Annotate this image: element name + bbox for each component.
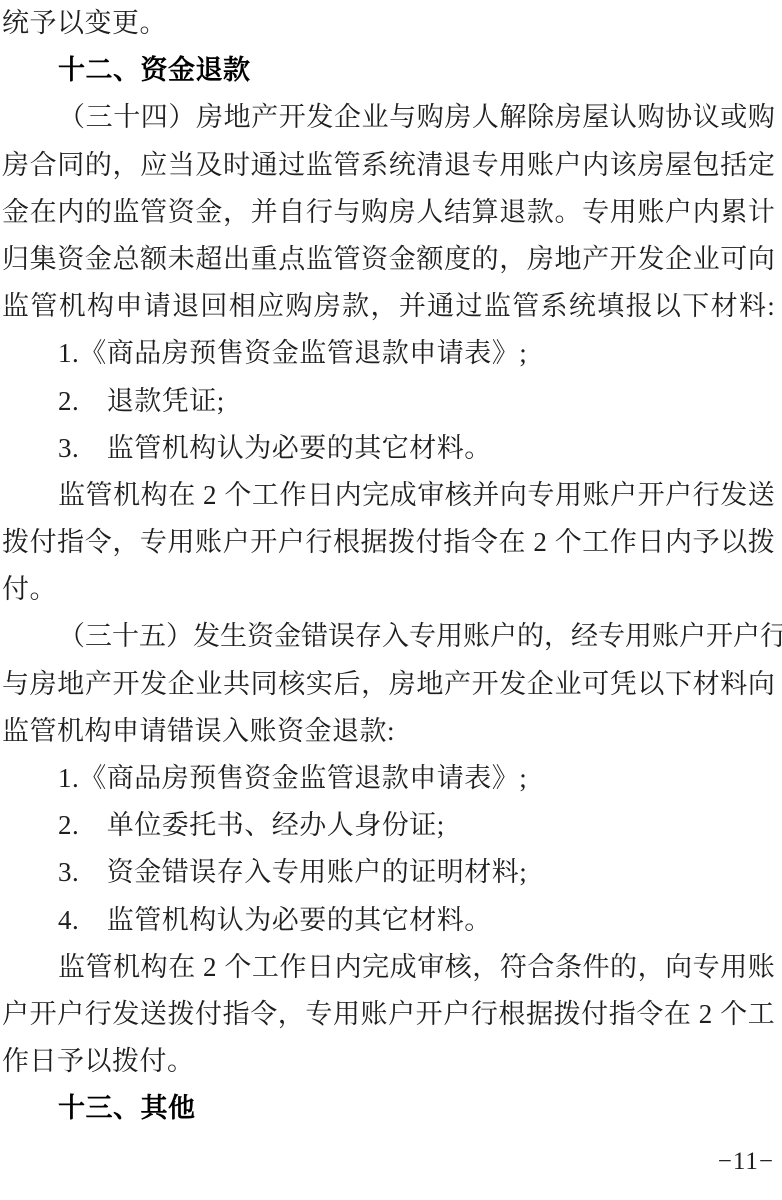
list-item: 1.《商品房预售资金监管退款申请表》; xyxy=(2,330,775,377)
text-line: 拨付指令，专用账户开户行根据拨付指令在 2 个工作日内予以拨 xyxy=(2,519,775,566)
text-line: 监管机构在 2 个工作日内完成审核并向专用账户开户行发送 xyxy=(2,472,775,519)
text-line: 监管机构申请退回相应购房款，并通过监管系统填报以下材料: xyxy=(2,283,775,330)
text-line: 房合同的，应当及时通过监管系统清退专用账户内该房屋包括定 xyxy=(2,142,775,189)
document-body: 统予以变更。十二、资金退款（三十四）房地产开发企业与购房人解除房屋认购协议或购房… xyxy=(2,0,775,1133)
text-line: 付。 xyxy=(2,566,775,613)
text-line: 统予以变更。 xyxy=(2,0,775,47)
list-item: 3. 监管机构认为必要的其它材料。 xyxy=(2,425,775,472)
section-heading: 十三、其他 xyxy=(2,1085,775,1132)
text-line: 归集资金总额未超出重点监管资金额度的，房地产开发企业可向 xyxy=(2,236,775,283)
section-heading: 十二、资金退款 xyxy=(2,47,775,94)
text-line: （三十四）房地产开发企业与购房人解除房屋认购协议或购 xyxy=(2,94,775,141)
list-item: 4. 监管机构认为必要的其它材料。 xyxy=(2,897,775,944)
document-page: 统予以变更。十二、资金退款（三十四）房地产开发企业与购房人解除房屋认购协议或购房… xyxy=(0,0,782,1200)
list-item: 2. 单位委托书、经办人身份证; xyxy=(2,802,775,849)
text-line: 金在内的监管资金，并自行与购房人结算退款。专用账户内累计 xyxy=(2,189,775,236)
text-line: 与房地产开发企业共同核实后，房地产开发企业可凭以下材料向 xyxy=(2,661,775,708)
text-line: 监管机构申请错误入账资金退款: xyxy=(2,708,775,755)
page-number: −11− xyxy=(718,1138,774,1185)
text-line: 户开户行发送拨付指令，专用账户开户行根据拨付指令在 2 个工 xyxy=(2,991,775,1038)
text-line: 作日予以拨付。 xyxy=(2,1038,775,1085)
text-line: （三十五）发生资金错误存入专用账户的，经专用账户开户行 xyxy=(2,613,775,660)
text-line: 监管机构在 2 个工作日内完成审核，符合条件的，向专用账 xyxy=(2,944,775,991)
list-item: 2. 退款凭证; xyxy=(2,378,775,425)
list-item: 3. 资金错误存入专用账户的证明材料; xyxy=(2,849,775,896)
list-item: 1.《商品房预售资金监管退款申请表》; xyxy=(2,755,775,802)
